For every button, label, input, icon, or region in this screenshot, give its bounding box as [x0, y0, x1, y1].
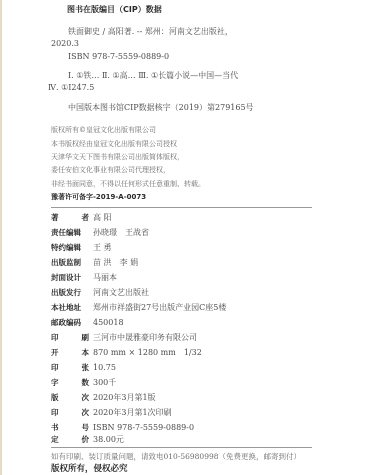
- copyright-line: 本书版权经由皇冠文化出版有限公司授权: [51, 140, 177, 149]
- detail-value: 2020年3月第1次印刷: [93, 407, 172, 419]
- divider-bottom: [51, 447, 312, 448]
- cip-heading: 图书在版编目（CIP）数据: [67, 5, 162, 15]
- copyright-line: 版权所有©皇冠文化出版有限公司: [51, 126, 156, 135]
- permit-number: 豫著许可备字-2019-A-0073: [51, 192, 146, 202]
- detail-label: 特约编辑: [51, 242, 89, 254]
- detail-value: 300千: [93, 377, 116, 389]
- detail-label: 字数: [51, 377, 89, 389]
- detail-label: 印次: [51, 407, 89, 419]
- rights-reserved: 版权所有，侵权必究: [51, 464, 128, 474]
- cip-classification: Ⅳ. ①I247.5: [48, 83, 94, 93]
- copyright-line: 非经书面同意，不得以任何形式任意重制、转载。: [51, 180, 205, 189]
- detail-value: ISBN 978-7-5559-0889-0: [93, 422, 194, 434]
- cip-date-line: 2020.3: [51, 39, 79, 49]
- detail-value: 450018: [93, 317, 124, 329]
- detail-value: 10.75: [93, 362, 116, 374]
- detail-value: 三河市中晟雅豪印务有限公司: [93, 332, 197, 344]
- detail-label: 印刷: [51, 332, 89, 344]
- detail-label: 出版发行: [51, 287, 89, 299]
- detail-label: 定价: [51, 434, 89, 446]
- cip-number: 中国版本图书馆CIP数据核字（2019）第279165号: [68, 103, 254, 113]
- detail-value: 2020年3月第1版: [93, 392, 156, 404]
- detail-value: 870 mm × 1280 mm 1/32: [93, 347, 202, 359]
- detail-value: 苗 洪 李 娟: [93, 257, 138, 269]
- cip-title-line: 铁面御史 / 高阳著. -- 郑州：河南文艺出版社，: [68, 27, 233, 37]
- detail-label: 出版监制: [51, 257, 89, 269]
- detail-value: 郑州市祥盛街27号出版产业园C座5楼: [93, 302, 226, 314]
- quality-notice: 如有印刷、装订质量问题，请致电010-56980998（免费更换，邮寄到付）: [51, 452, 301, 461]
- detail-label: 封面设计: [51, 272, 89, 284]
- detail-value: 马丽本: [93, 272, 117, 284]
- detail-label: 版次: [51, 392, 89, 404]
- detail-label: 书号: [51, 422, 89, 434]
- copyright-line: 天津华文天下图书有限公司出版简体版权，: [51, 153, 184, 162]
- detail-value: 高 阳: [93, 212, 112, 224]
- divider-top: [51, 207, 312, 208]
- detail-value: 王 勇: [93, 242, 112, 254]
- detail-value: 孙晓璟 王战省: [93, 227, 149, 239]
- detail-value: 38.00元: [93, 434, 124, 446]
- cip-subject: Ⅰ. ①铁… Ⅱ. ①高… Ⅲ. ①长篇小说—中国—当代: [68, 71, 238, 81]
- cip-isbn: ISBN 978-7-5559-0889-0: [68, 52, 169, 62]
- detail-label: 开本: [51, 347, 89, 359]
- copyright-line: 委任安伯文化事业有限公司代理授权，: [51, 166, 170, 175]
- detail-label: 著者: [51, 212, 89, 224]
- detail-label: 邮政编码: [51, 317, 89, 329]
- detail-label: 本社地址: [51, 302, 89, 314]
- detail-label: 印张: [51, 362, 89, 374]
- detail-value: 河南文艺出版社: [93, 287, 149, 299]
- page-edge: [0, 0, 2, 475]
- detail-label: 责任编辑: [51, 227, 89, 239]
